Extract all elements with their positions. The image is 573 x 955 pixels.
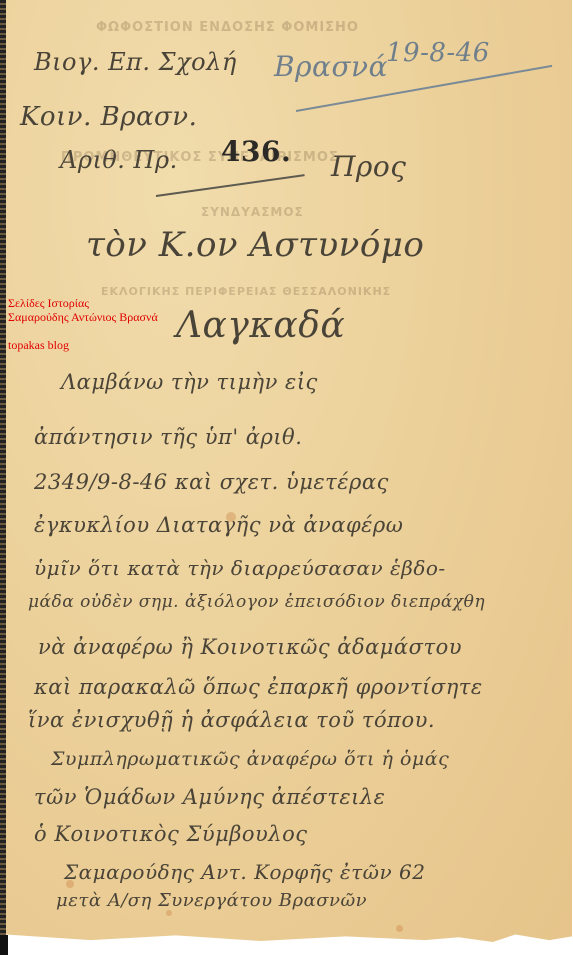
body-line-1: Λαμβάνω τὴν τιμὴν εἰς [61, 370, 318, 394]
addressee-line2: Λαγκαδά [176, 305, 345, 346]
header-community: Κοιν. Βρασν. [20, 102, 197, 132]
foxing-stain [396, 925, 403, 932]
body-line-4: ἐγκυκλίου Διαταγῆς νὰ ἀναφέρω [34, 513, 403, 537]
body-line-13: Σαμαρούδης Αντ. Κορφῆς ἐτῶν 62 [64, 860, 425, 884]
watermark-author: Σαμαρούδης Αντώνιος Βρασνά [8, 311, 158, 324]
body-line-14: μετὰ Α/ση Συνεργάτου Βρασνῶν [56, 890, 367, 911]
watermark-title: Σελίδες Ιστορίας [8, 297, 89, 310]
letterhead-subtitle: ΣΥΝΔΥΑΣΜΟΣ [201, 205, 304, 219]
protocol-label: Αριθ. Πρ. [60, 146, 178, 174]
body-line-2: ἀπάντησιν τῆς ὑπ' ἀριθ. [34, 425, 302, 449]
body-line-12: ὁ Κοινοτικὸς Σύμβουλος [34, 822, 308, 846]
protocol-number: 436. [221, 135, 291, 168]
watermark-blog: topakas blog [8, 339, 69, 352]
body-line-11: τῶν Ὁμάδων Αμύνης ἀπέστειλε [34, 785, 385, 809]
addressee-prefix: Προς [331, 150, 406, 183]
letterhead-top: ΦΩΦΟΣΤΙΟΝ ΕΝΔΟΣΗΣ ΦΟΜΙΣΗΟ [96, 20, 359, 35]
body-line-10: Συμπληρωματικῶς ἀναφέρω ὅτι ἡ ὁμάς [51, 748, 449, 770]
body-line-6: μάδα οὐδὲν σημ. ἀξιόλογον ἐπεισόδιον διε… [28, 592, 485, 612]
protocol-underline [156, 174, 305, 197]
addressee-line1: τὸν Κ.ον Αστυνόμο [86, 225, 424, 265]
document-paper: ΦΩΦΟΣΤΙΟΝ ΕΝΔΟΣΗΣ ΦΟΜΙΣΗΟ ΠΡΟΜΗΘΕΥΤΙΚΟΣ … [6, 0, 572, 942]
letterhead-bottom: ΕΚΛΟΓΙΚΗΣ ΠΕΡΙΦΕΡΕΙΑΣ ΘΕΣΣΑΛΟΝΙΚΗΣ [101, 285, 391, 298]
body-line-7: νὰ ἀναφέρω ἢ Κοινοτικῶς ἀδαμάστου [38, 635, 462, 659]
scan-left-edge [0, 0, 6, 955]
date-place: Βρασνά [274, 50, 388, 83]
date: 19-8-46 [386, 38, 490, 68]
header-school: Βιογ. Επ. Σχολή [34, 48, 237, 76]
body-line-5: ὑμῖν ὅτι κατὰ τὴν διαρρεύσασαν ἑβδο- [34, 556, 446, 580]
body-line-8: καὶ παρακαλῶ ὅπως ἐπαρκῆ φροντίσητε [34, 675, 483, 699]
scan-corner-mark [0, 935, 8, 955]
body-line-3: 2349/9-8-46 καὶ σχετ. ὑμετέρας [34, 470, 389, 494]
body-line-9: ἵνα ἐνισχυθῇ ἡ ἀσφάλεια τοῦ τόπου. [28, 708, 435, 732]
